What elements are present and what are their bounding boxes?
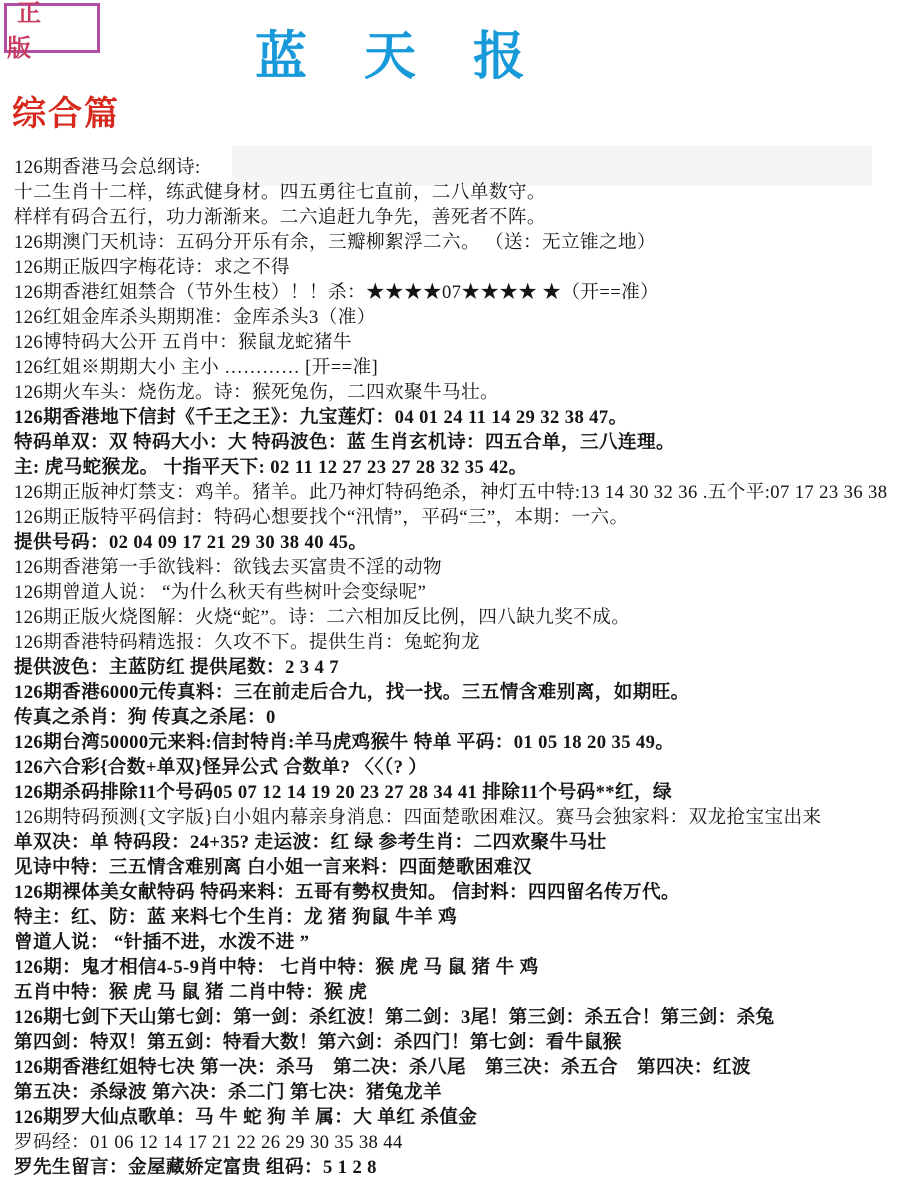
text-line: 126期香港马会总纲诗: — [14, 155, 900, 180]
text-line: 十二生肖十二样，练武健身材。四五勇往七直前，二八单数守。 — [14, 180, 900, 205]
text-line: 126期火车头：烧伤龙。诗：猴死兔伤，二四欢聚牛马壮。 — [14, 380, 900, 405]
text-line: 见诗中特：三五情含难别离 白小姐一言来料：四面楚歌困难汉 — [14, 855, 900, 880]
text-line: 126期香港红姐特七决 第一决：杀马 第二决：杀八尾 第三决：杀五合 第四决：红… — [14, 1055, 900, 1080]
text-line: 126期台湾50000元来料:信封特肖:羊马虎鸡猴牛 特单 平码：01 05 1… — [14, 730, 900, 755]
text-line: 126期正版神灯禁支：鸡羊。猪羊。此乃神灯特码绝杀，神灯五中特:13 14 30… — [14, 480, 900, 505]
text-line: 126期香港6000元传真料：三在前走后合九，找一找。三五情含难别离，如期旺。 — [14, 680, 900, 705]
newspaper-page: 正 版 蓝 天 报 综合篇 126期香港马会总纲诗: 十二生肖十二样，练武健身材… — [0, 0, 900, 1182]
text-line: 126期七剑下天山第七剑：第一剑：杀红波！第二剑：3尾！第三剑：杀五合！第三剑：… — [14, 1005, 900, 1030]
text-line: 第四剑：特双！第五剑：特看大数！第六剑：杀四门！第七剑：看牛鼠猴 — [14, 1030, 900, 1055]
text-line: 单双决：单 特码段：24+35? 走运波：红 绿 参考生肖：二四欢聚牛马壮 — [14, 830, 900, 855]
text-line: 126期杀码排除11个号码05 07 12 14 19 20 23 27 28 … — [14, 780, 900, 805]
text-line: 主: 虎马蛇猴龙。 十指平天下: 02 11 12 27 23 27 28 32… — [14, 455, 900, 480]
tips-text-block: 126期香港马会总纲诗: 十二生肖十二样，练武健身材。四五勇往七直前，二八单数守… — [14, 155, 900, 1180]
text-line: 126期香港红姐禁合（节外生枝）！！杀：★★★★07★★★★ ★（开==准） — [14, 280, 900, 305]
text-line: 第五决：杀绿波 第六决：杀二门 第七决：猪兔龙羊 — [14, 1080, 900, 1105]
text-line: 126期香港第一手欲钱料：欲钱去买富贵不淫的动物 — [14, 555, 900, 580]
text-line: 126期特码预测{文字版}白小姐内幕亲身消息：四面楚歌困难汉。赛马会独家料：双龙… — [14, 805, 900, 830]
text-line: 样样有码合五行，功力渐渐来。二六追赶九争先，善死者不阵。 — [14, 205, 900, 230]
section-title: 综合篇 — [12, 86, 120, 135]
text-line: 126红姐金库杀头期期准：金库杀头3（准） — [14, 305, 900, 330]
text-line: 提供号码：02 04 09 17 21 29 30 38 40 45。 — [14, 530, 900, 555]
text-line: 126期：鬼才相信4-5-9肖中特： 七肖中特：猴 虎 马 鼠 猪 牛 鸡 — [14, 955, 900, 980]
text-line: 传真之杀肖：狗 传真之杀尾：0 — [14, 705, 900, 730]
text-line: 五肖中特：猴 虎 马 鼠 猪 二肖中特：猴 虎 — [14, 980, 900, 1005]
text-line: 特主：红、防：蓝 来料七个生肖：龙 猪 狗鼠 牛羊 鸡 — [14, 905, 900, 930]
text-line: 罗码经：01 06 12 14 17 21 22 26 29 30 35 38 … — [14, 1130, 900, 1155]
text-line: 126博特码大公开 五肖中：猴鼠龙蛇猪牛 — [14, 330, 900, 355]
text-line: 126六合彩{合数+单双}怪异公式 合数单? 〈〈（? ） — [14, 755, 900, 780]
text-line: 提供波色：主蓝防红 提供尾数：2 3 4 7 — [14, 655, 900, 680]
text-line: 126期香港特码精选报：久攻不下。提供生肖：兔蛇狗龙 — [14, 630, 900, 655]
text-line: 126红姐※期期大小 主小 ………… [开==准] — [14, 355, 900, 380]
paper-title: 蓝 天 报 — [0, 14, 780, 89]
text-line: 罗先生留言：金屋藏娇定富贵 组码：5 1 2 8 — [14, 1155, 900, 1180]
text-line: 126期正版火烧图解：火烧“蛇”。诗：二六相加反比例，四八缺九奖不成。 — [14, 605, 900, 630]
text-line: 126期澳门天机诗：五码分开乐有余，三瓣柳絮浮二六。 （送：无立锥之地） — [14, 230, 900, 255]
text-line: 126期罗大仙点歌单：马 牛 蛇 狗 羊 属：大 单红 杀值金 — [14, 1105, 900, 1130]
text-line: 126期曾道人说： “为什么秋天有些树叶会变绿呢” — [14, 580, 900, 605]
text-line: 126期香港地下信封《千王之王》：九宝莲灯：04 01 24 11 14 29 … — [14, 405, 900, 430]
text-line: 曾道人说： “针插不进，水泼不进 ” — [14, 930, 900, 955]
text-line: 126期裸体美女献特码 特码来料：五哥有勢权贵知。 信封料：四四留名传万代。 — [14, 880, 900, 905]
text-line: 126期正版特平码信封：特码心想要找个“汛情”，平码“三”，本期：一六。 — [14, 505, 900, 530]
text-line: 特码单双：双 特码大小：大 特码波色：蓝 生肖玄机诗：四五合单，三八连理。 — [14, 430, 900, 455]
text-line: 126期正版四字梅花诗：求之不得 — [14, 255, 900, 280]
